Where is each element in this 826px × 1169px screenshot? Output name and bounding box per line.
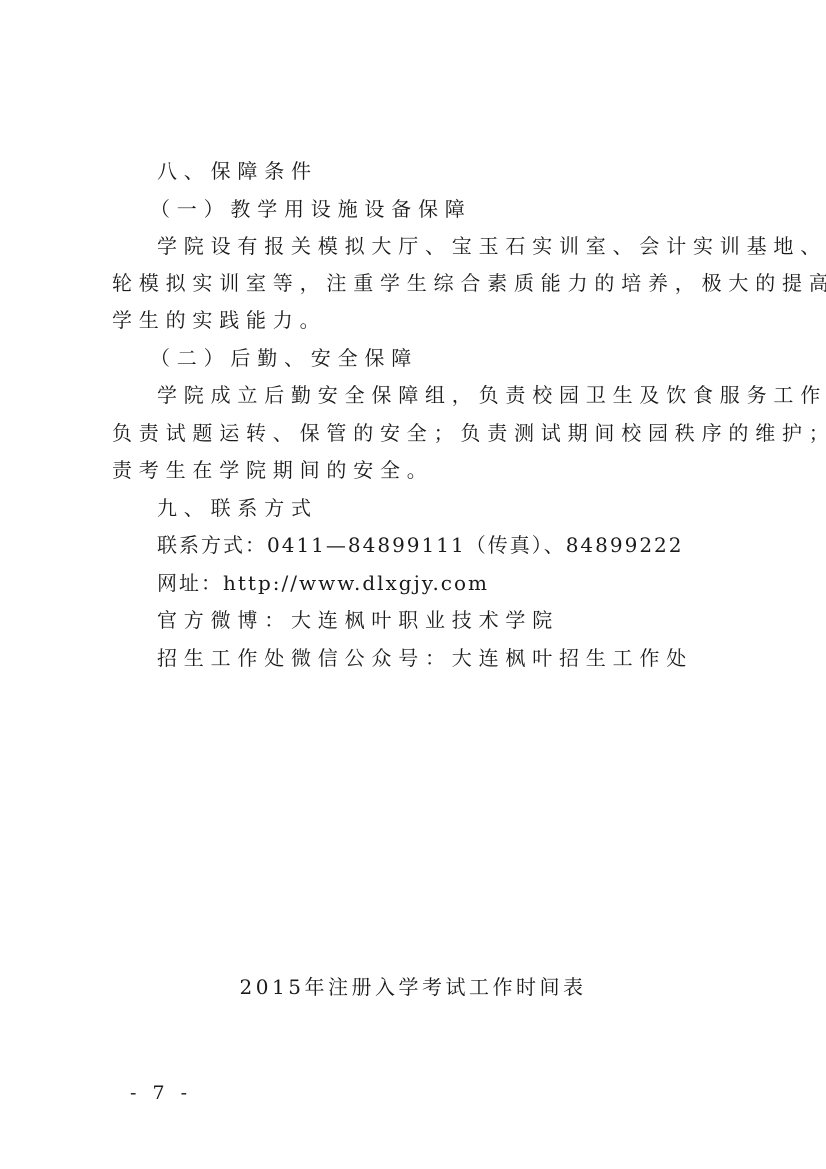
paragraph-line: 轮模拟实训室等，注重学生综合素质能力的培养，极大的提高了 bbox=[112, 270, 732, 296]
subsection-heading-1: （一）教学用设施设备保障 bbox=[150, 196, 770, 222]
contact-wechat: 招生工作处微信公众号：大连枫叶招生工作处 bbox=[157, 645, 777, 671]
table-title: 2015年注册入学考试工作时间表 bbox=[0, 974, 826, 1000]
paragraph-line: 学生的实践能力。 bbox=[112, 307, 732, 333]
paragraph-line: 责考生在学院期间的安全。 bbox=[112, 457, 732, 483]
paragraph-line: 学院成立后勤安全保障组，负责校园卫生及饮食服务工作； bbox=[157, 382, 777, 408]
subsection-heading-2: （二）后勤、安全保障 bbox=[150, 345, 770, 371]
document-page: 八、保障条件 （一）教学用设施设备保障 学院设有报关模拟大厅、宝玉石实训室、会计… bbox=[0, 0, 826, 1169]
contact-phone: 联系方式：0411—84899111（传真）、84899222 bbox=[157, 532, 777, 558]
section-heading-9: 九、联系方式 bbox=[157, 495, 777, 521]
contact-weibo: 官方微博：大连枫叶职业技术学院 bbox=[157, 607, 777, 633]
contact-website: 网址：http://www.dlxgjy.com bbox=[157, 570, 777, 596]
paragraph-line: 学院设有报关模拟大厅、宝玉石实训室、会计实训基地、邮 bbox=[157, 233, 777, 259]
paragraph-line: 负责试题运转、保管的安全；负责测试期间校园秩序的维护；负 bbox=[112, 420, 732, 446]
page-number: - 7 - bbox=[130, 1081, 192, 1105]
section-heading-8: 八、保障条件 bbox=[157, 158, 777, 184]
